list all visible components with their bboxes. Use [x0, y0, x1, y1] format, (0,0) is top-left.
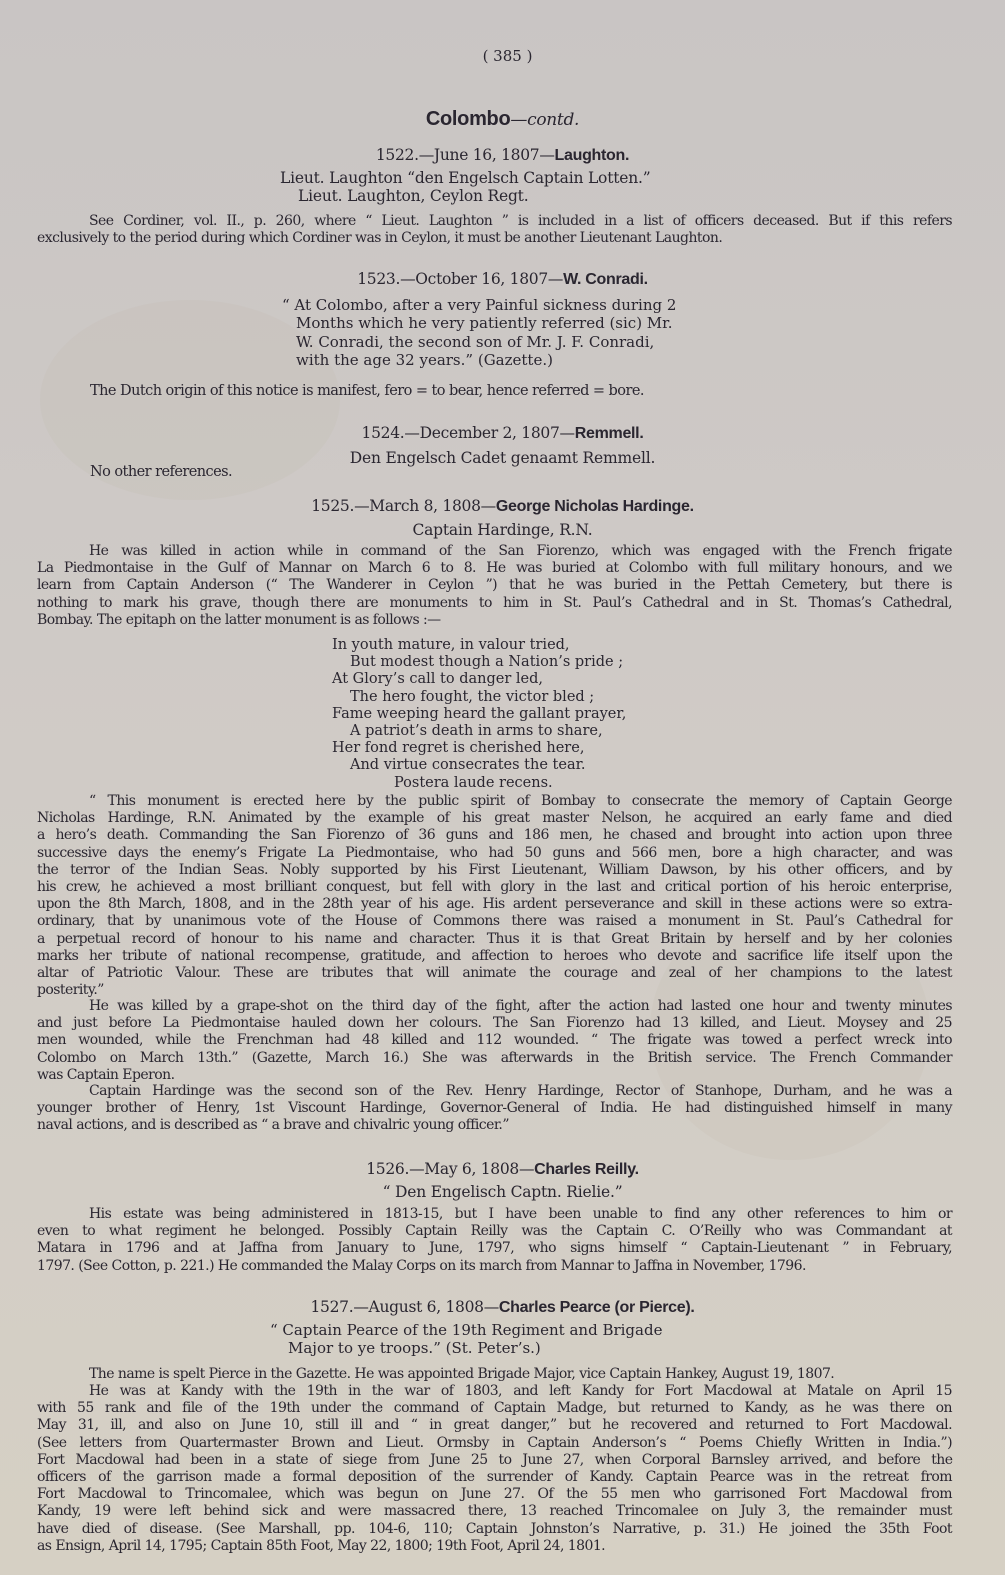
text-line: Fort Macdowal had been in a state of sie… — [37, 1452, 952, 1469]
text-line: ordinary, that by unanimous vote of the … — [37, 913, 952, 930]
entry-heading-date: 1524.—December 2, 1807— — [362, 424, 575, 442]
epitaph-line: And virtue consecrates the tear. — [332, 757, 626, 774]
quote-line: Major to ye troops.” (St. Peter’s.) — [270, 1339, 662, 1357]
entry-quote: “ At Colombo, after a very Painful sickn… — [282, 296, 676, 369]
text-line: learn from Captain Anderson (“ The Wande… — [37, 577, 952, 594]
text-line: was Captain Eperon. — [37, 1067, 952, 1084]
text-line: younger brother of Henry, 1st Viscount H… — [37, 1100, 952, 1117]
text-line: successive days the enemy’s Frigate La P… — [37, 845, 952, 862]
text-line: and just before La Piedmontaise hauled d… — [37, 1015, 952, 1032]
text-line: have died of disease. (See Marshall, pp.… — [37, 1521, 952, 1538]
entry-heading: 1526.—May 6, 1808—Charles Reilly. — [0, 1160, 1005, 1179]
text-line: nothing to mark his grave, though there … — [37, 595, 952, 612]
epitaph-line: A patriot’s death in arms to share, — [332, 723, 626, 740]
epitaph-line: But modest though a Nation’s pride ; — [332, 654, 626, 671]
entry-paragraph: Captain Hardinge was the second son of t… — [37, 1083, 952, 1135]
entry-inscription: Lieut. Laughton, Ceylon Regt. — [298, 187, 528, 205]
section-title: Colombo—contd. — [0, 108, 1005, 131]
text-line: The name is spelt Pierce in the Gazette.… — [37, 1366, 952, 1383]
text-line: Captain Hardinge was the second son of t… — [37, 1083, 952, 1100]
section-title-suffix: —contd. — [510, 110, 579, 130]
text-line: upon the 8th March, 1808, and in the 28t… — [37, 896, 952, 913]
text-line: even to what regiment he belonged. Possi… — [37, 1223, 952, 1240]
entry-notes: See Cordiner, vol. II., p. 260, where “ … — [37, 213, 952, 247]
text-line: Fort Macdowal to Trincomalee, which was … — [37, 1486, 952, 1503]
text-line: He was killed in action while in command… — [37, 543, 952, 560]
entry-heading-name: George Nicholas Hardinge. — [496, 498, 694, 515]
text-line: exclusively to the period during which C… — [37, 230, 952, 247]
text-line: marks her tribute of national recompense… — [37, 948, 952, 965]
text-line: a perpetual record of honour to his name… — [37, 931, 952, 948]
entry-heading-name: Remmell. — [575, 425, 644, 442]
text-line: 1797. (See Cotton, p. 221.) He commanded… — [37, 1258, 952, 1275]
text-line: as Ensign, April 14, 1795; Captain 85th … — [37, 1538, 952, 1555]
entry-paragraph: The name is spelt Pierce in the Gazette.… — [37, 1366, 952, 1383]
epitaph: In youth mature, in valour tried, But mo… — [332, 637, 626, 792]
text-line: naval actions, and is described as “ a b… — [37, 1117, 952, 1134]
entry-heading: 1527.—August 6, 1808—Charles Pearce (or … — [0, 1298, 1005, 1317]
text-line: officers of the garrison made a formal d… — [37, 1469, 952, 1486]
text-line: Matara in 1796 and at Jaffna from Januar… — [37, 1240, 952, 1257]
page-number: ( 385 ) — [0, 47, 1005, 65]
text-line: May 31, ill, and also on June 10, still … — [37, 1417, 952, 1434]
entry-inscription: Lieut. Laughton “den Engelsch Captain Lo… — [280, 169, 650, 187]
entry-heading-date: 1526.—May 6, 1808— — [366, 1160, 534, 1178]
book-page: ( 385 ) Colombo—contd. 1522.—June 16, 18… — [0, 0, 1005, 1575]
quote-line: “ Captain Pearce of the 19th Regiment an… — [270, 1321, 662, 1339]
entry-heading-name: Charles Reilly. — [534, 1161, 639, 1178]
text-line: his crew, he achieved a most brilliant c… — [37, 879, 952, 896]
entry-paragraph: He was at Kandy with the 19th in the war… — [37, 1383, 952, 1555]
text-line: He was at Kandy with the 19th in the war… — [37, 1383, 952, 1400]
entry-heading-date: 1523.—October 16, 1807— — [357, 270, 563, 288]
text-line: He was killed by a grape-shot on the thi… — [37, 998, 952, 1015]
epitaph-line: At Glory’s call to danger led, — [332, 671, 626, 688]
entry-inscription: “ Den Engelisch Captn. Rielie.” — [0, 1183, 1005, 1201]
quote-line: Months which he very patiently referred … — [282, 314, 676, 332]
epitaph-line: Fame weeping heard the gallant prayer, — [332, 706, 626, 723]
entry-paragraph: “ This monument is erected here by the p… — [37, 793, 952, 999]
text-line: men wounded, while the Frenchman had 48 … — [37, 1032, 952, 1049]
entry-note: No other references. — [90, 464, 232, 481]
entry-heading: 1524.—December 2, 1807—Remmell. — [0, 424, 1005, 443]
section-title-text: Colombo — [426, 108, 511, 130]
entry-paragraph: He was killed by a grape-shot on the thi… — [37, 998, 952, 1084]
entry-heading-name: Laughton. — [555, 147, 630, 164]
epitaph-line: Postera laude recens. — [332, 775, 626, 792]
text-line: a hero’s death. Commanding the San Fiore… — [37, 827, 952, 844]
entry-note: The Dutch origin of this notice is manif… — [90, 383, 644, 400]
text-line: See Cordiner, vol. II., p. 260, where “ … — [37, 213, 952, 230]
entry-inscription: Captain Hardinge, R.N. — [0, 521, 1005, 539]
entry-heading-date: 1522.—June 16, 1807— — [376, 146, 555, 164]
epitaph-line: In youth mature, in valour tried, — [332, 637, 626, 654]
text-line: La Piedmontaise in the Gulf of Mannar on… — [37, 560, 952, 577]
text-line: Bombay. The epitaph on the latter monume… — [37, 612, 952, 629]
quote-line: with the age 32 years.” (Gazette.) — [282, 351, 676, 369]
text-line: with 55 rank and file of the 19th under … — [37, 1400, 952, 1417]
quote-line: “ At Colombo, after a very Painful sickn… — [282, 296, 676, 314]
epitaph-line: The hero fought, the victor bled ; — [332, 689, 626, 706]
text-line: altar of Patriotic Valour. These are tri… — [37, 965, 952, 982]
entry-heading: 1525.—March 8, 1808—George Nicholas Hard… — [0, 497, 1005, 516]
entry-heading: 1522.—June 16, 1807—Laughton. — [0, 146, 1005, 165]
entry-paragraph: His estate was being administered in 181… — [37, 1206, 952, 1275]
entry-heading-date: 1525.—March 8, 1808— — [311, 497, 496, 515]
text-line: His estate was being administered in 181… — [37, 1206, 952, 1223]
text-line: posterity.” — [37, 982, 952, 999]
entry-quote: “ Captain Pearce of the 19th Regiment an… — [270, 1321, 662, 1358]
text-line: Nicholas Hardinge, R.N. Animated by the … — [37, 810, 952, 827]
entry-heading-name: Charles Pearce (or Pierce). — [499, 1299, 695, 1316]
entry-heading-date: 1527.—August 6, 1808— — [310, 1298, 498, 1316]
text-line: (See letters from Quartermaster Brown an… — [37, 1435, 952, 1452]
text-line: the terror of the Indian Seas. Nobly sup… — [37, 862, 952, 879]
text-line: “ This monument is erected here by the p… — [37, 793, 952, 810]
epitaph-line: Her fond regret is cherished here, — [332, 740, 626, 757]
entry-heading-name: W. Conradi. — [563, 271, 648, 288]
quote-line: W. Conradi, the second son of Mr. J. F. … — [282, 333, 676, 351]
text-line: Kandy, 19 were left behind sick and were… — [37, 1503, 952, 1520]
entry-paragraph: He was killed in action while in command… — [37, 543, 952, 629]
entry-heading: 1523.—October 16, 1807—W. Conradi. — [0, 270, 1005, 289]
text-line: Colombo on March 13th.” (Gazette, March … — [37, 1050, 952, 1067]
